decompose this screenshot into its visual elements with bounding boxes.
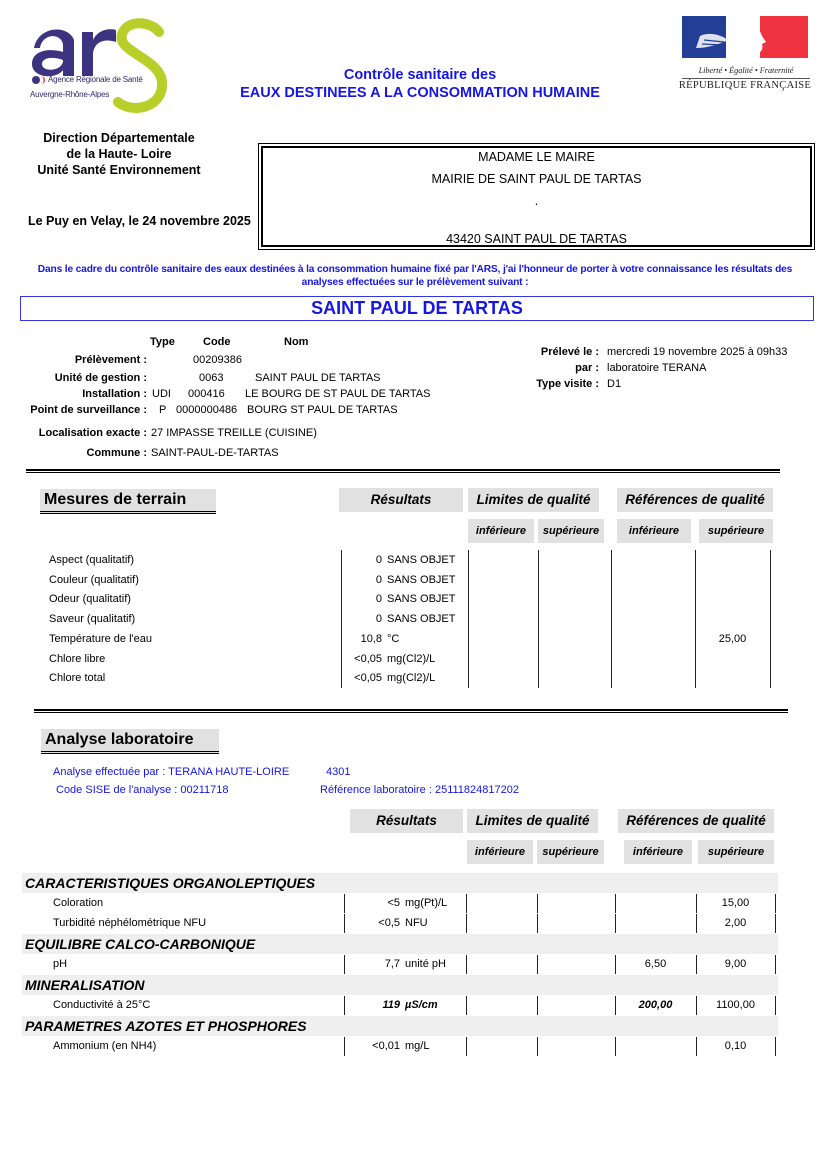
reference-inferieure: 200,00	[615, 999, 696, 1011]
installation-nom: LE BOURG DE ST PAUL DE TARTAS	[245, 388, 430, 400]
result-value: 0	[340, 574, 382, 586]
lab-code: 4301	[326, 766, 350, 778]
column-divider	[466, 996, 467, 1015]
header-limite-inferieure: inférieure	[468, 519, 534, 543]
title-line-2: EAUX DESTINEES A LA CONSOMMATION HUMAINE	[180, 84, 660, 102]
column-divider	[695, 550, 696, 688]
column-divider	[537, 914, 538, 933]
result-value: <5	[346, 897, 400, 909]
intro-text: Dans le cadre du contrôle sanitaire des …	[20, 264, 810, 289]
result-unit: SANS OBJET	[387, 554, 455, 566]
reference-superieure: 9,00	[696, 958, 775, 970]
republic-motto: Liberté • Égalité • Fraternité	[680, 66, 812, 75]
result-unit: NFU	[405, 917, 428, 929]
header-reference-inferieure: inférieure	[617, 519, 691, 543]
recipient-line-1: MADAME LE MAIRE	[263, 150, 810, 164]
result-unit: unité pH	[405, 958, 446, 970]
divider	[26, 469, 780, 473]
col-head-nom: Nom	[284, 336, 308, 348]
republic-name: RÉPUBLIQUE FRANÇAISE	[678, 80, 812, 91]
point-surveillance-type: P	[159, 404, 166, 416]
parameter-name: Chlore libre	[49, 653, 105, 665]
installation-label: Installation :	[82, 388, 147, 400]
result-unit: mg/L	[405, 1040, 429, 1052]
reference-superieure: 25,00	[695, 633, 770, 645]
prelevement-label: Prélèvement :	[75, 354, 147, 366]
par-label: par :	[575, 362, 599, 374]
document-title: Contrôle sanitaire des EAUX DESTINEES A …	[180, 66, 660, 102]
column-divider	[615, 1037, 616, 1056]
result-value: <0,05	[340, 672, 382, 684]
result-unit: µS/cm	[405, 999, 438, 1011]
header-resultats: Résultats	[350, 809, 463, 833]
sender-line-2: de la Haute- Loire	[20, 146, 218, 162]
reference-superieure: 15,00	[696, 897, 775, 909]
lab-code-sise: Code SISE de l'analyse : 00211718	[56, 784, 229, 796]
category-header: EQUILIBRE CALCO-CARBONIQUE	[22, 934, 778, 954]
unite-gestion-code: 0063	[199, 372, 223, 384]
result-value: 10,8	[340, 633, 382, 645]
result-value: 0	[340, 613, 382, 625]
parameter-name: pH	[53, 958, 67, 970]
parameter-name: Saveur (qualitatif)	[49, 613, 135, 625]
category-header: PARAMETRES AZOTES ET PHOSPHORES	[22, 1016, 778, 1036]
result-value: <0,5	[346, 917, 400, 929]
marianne-flag-icon	[678, 14, 812, 64]
date-line: Le Puy en Velay, le 24 novembre 2025	[28, 214, 251, 228]
column-divider	[466, 955, 467, 974]
column-divider	[775, 955, 776, 974]
recipient-address-box: MADAME LE MAIRE MAIRIE DE SAINT PAUL DE …	[258, 143, 815, 250]
installation-code: 000416	[188, 388, 225, 400]
type-visite-label: Type visite :	[536, 378, 599, 390]
header-limite-superieure: supérieure	[538, 519, 604, 543]
column-divider	[537, 1037, 538, 1056]
localisation-label: Localisation exacte :	[39, 427, 147, 439]
result-value: 0	[340, 593, 382, 605]
column-divider	[615, 894, 616, 913]
preleve-le-label: Prélevé le :	[541, 346, 599, 358]
reference-superieure: 0,10	[696, 1040, 775, 1052]
column-divider	[468, 550, 469, 688]
terrain-table: Aspect (qualitatif)0SANS OBJETCouleur (q…	[0, 548, 827, 693]
column-divider	[466, 914, 467, 933]
lab-reference: Référence laboratoire : 25111824817202	[320, 784, 519, 796]
header-reference-superieure: supérieure	[698, 840, 774, 864]
parameter-name: Chlore total	[49, 672, 105, 684]
column-divider	[775, 996, 776, 1015]
column-divider	[344, 1037, 345, 1056]
prelevement-code: 00209386	[193, 354, 242, 366]
col-head-code: Code	[203, 336, 231, 348]
commune-label: Commune :	[87, 447, 148, 459]
unite-gestion-nom: SAINT PAUL DE TARTAS	[255, 372, 381, 384]
title-line-1: Contrôle sanitaire des	[180, 66, 660, 84]
par-value: laboratoire TERANA	[607, 362, 706, 374]
category-header: CARACTERISTIQUES ORGANOLEPTIQUES	[22, 873, 778, 893]
result-unit: SANS OBJET	[387, 574, 455, 586]
parameter-name: Conductivité à 25°C	[53, 999, 150, 1011]
column-divider	[537, 996, 538, 1015]
ars-region-name: Auvergne-Rhône-Alpes	[30, 90, 109, 99]
result-unit: °C	[387, 633, 399, 645]
parameter-name: Turbidité néphélométrique NFU	[53, 917, 206, 929]
result-value: <0,05	[340, 653, 382, 665]
column-divider	[344, 955, 345, 974]
header-reference-superieure: supérieure	[699, 519, 773, 543]
point-surveillance-label: Point de surveillance :	[30, 404, 147, 416]
column-divider	[466, 1037, 467, 1056]
column-divider	[775, 894, 776, 913]
col-head-type: Type	[150, 336, 175, 348]
recipient-line-4: 43420 SAINT PAUL DE TARTAS	[263, 232, 810, 246]
recipient-line-2: MAIRIE DE SAINT PAUL DE TARTAS	[263, 172, 810, 186]
parameter-name: Aspect (qualitatif)	[49, 554, 134, 566]
sender-line-3: Unité Santé Environnement	[20, 162, 218, 178]
header-references: Références de qualité	[618, 809, 774, 833]
commune-value: SAINT-PAUL-DE-TARTAS	[151, 447, 279, 459]
point-surveillance-code: 0000000486	[176, 404, 237, 416]
header-references: Références de qualité	[617, 488, 773, 512]
result-value: 7,7	[346, 958, 400, 970]
divider	[34, 709, 788, 713]
localisation-value: 27 IMPASSE TREILLE (CUISINE)	[151, 427, 317, 439]
header-resultats: Résultats	[339, 488, 463, 512]
reference-superieure: 2,00	[696, 917, 775, 929]
column-divider	[775, 914, 776, 933]
column-divider	[775, 1037, 776, 1056]
preleve-le-value: mercredi 19 novembre 2025 à 09h33	[607, 346, 787, 358]
lab-effectuee-par: Analyse effectuée par : TERANA HAUTE-LOI…	[53, 766, 289, 778]
section-title-laboratoire: Analyse laboratoire	[41, 729, 219, 754]
column-divider	[344, 894, 345, 913]
column-divider	[538, 550, 539, 688]
recipient-line-3: .	[263, 194, 810, 208]
parameter-name: Odeur (qualitatif)	[49, 593, 131, 605]
parameter-name: Température de l'eau	[49, 633, 152, 645]
header-limites: Limites de qualité	[467, 809, 598, 833]
result-unit: mg(Cl2)/L	[387, 672, 435, 684]
header-limites: Limites de qualité	[468, 488, 599, 512]
header-limite-superieure: supérieure	[537, 840, 604, 864]
column-divider	[615, 914, 616, 933]
column-divider	[344, 914, 345, 933]
result-value: 119	[346, 999, 400, 1011]
result-unit: mg(Pt)/L	[405, 897, 447, 909]
lab-table-header: RésultatsLimites de qualitéRéférences de…	[0, 809, 827, 865]
type-visite-value: D1	[607, 378, 621, 390]
terrain-table-header: RésultatsLimites de qualitéRéférences de…	[0, 488, 827, 544]
header-reference-inferieure: inférieure	[624, 840, 692, 864]
ars-logo: Agence Régionale de Santé Auvergne-Rhône…	[28, 18, 178, 113]
lab-table: CARACTERISTIQUES ORGANOLEPTIQUESColorati…	[0, 873, 827, 1063]
result-unit: SANS OBJET	[387, 613, 455, 625]
point-surveillance-nom: BOURG ST PAUL DE TARTAS	[247, 404, 398, 416]
header-limite-inferieure: inférieure	[467, 840, 533, 864]
column-divider	[537, 894, 538, 913]
parameter-name: Ammonium (en NH4)	[53, 1040, 156, 1052]
sender-block: Direction Départementale de la Haute- Lo…	[20, 130, 218, 178]
installation-type: UDI	[152, 388, 171, 400]
unite-gestion-label: Unité de gestion :	[55, 372, 147, 384]
result-value: 0	[340, 554, 382, 566]
result-unit: SANS OBJET	[387, 593, 455, 605]
reference-inferieure: 6,50	[615, 958, 696, 970]
sender-line-1: Direction Départementale	[20, 130, 218, 146]
sample-info: Type Code Nom Prélèvement : 00209386 Uni…	[0, 336, 827, 466]
column-divider	[611, 550, 612, 688]
parameter-name: Coloration	[53, 897, 103, 909]
column-divider	[770, 550, 771, 688]
parameter-name: Couleur (qualitatif)	[49, 574, 139, 586]
column-divider	[537, 955, 538, 974]
commune-title: SAINT PAUL DE TARTAS	[20, 296, 814, 321]
column-divider	[466, 894, 467, 913]
ars-agency-name: Agence Régionale de Santé	[48, 75, 143, 84]
column-divider	[344, 996, 345, 1015]
result-value: <0,01	[346, 1040, 400, 1052]
republique-francaise-logo: Liberté • Égalité • Fraternité RÉPUBLIQU…	[678, 14, 812, 98]
category-header: MINERALISATION	[22, 975, 778, 995]
reference-superieure: 1100,00	[696, 999, 775, 1011]
result-unit: mg(Cl2)/L	[387, 653, 435, 665]
